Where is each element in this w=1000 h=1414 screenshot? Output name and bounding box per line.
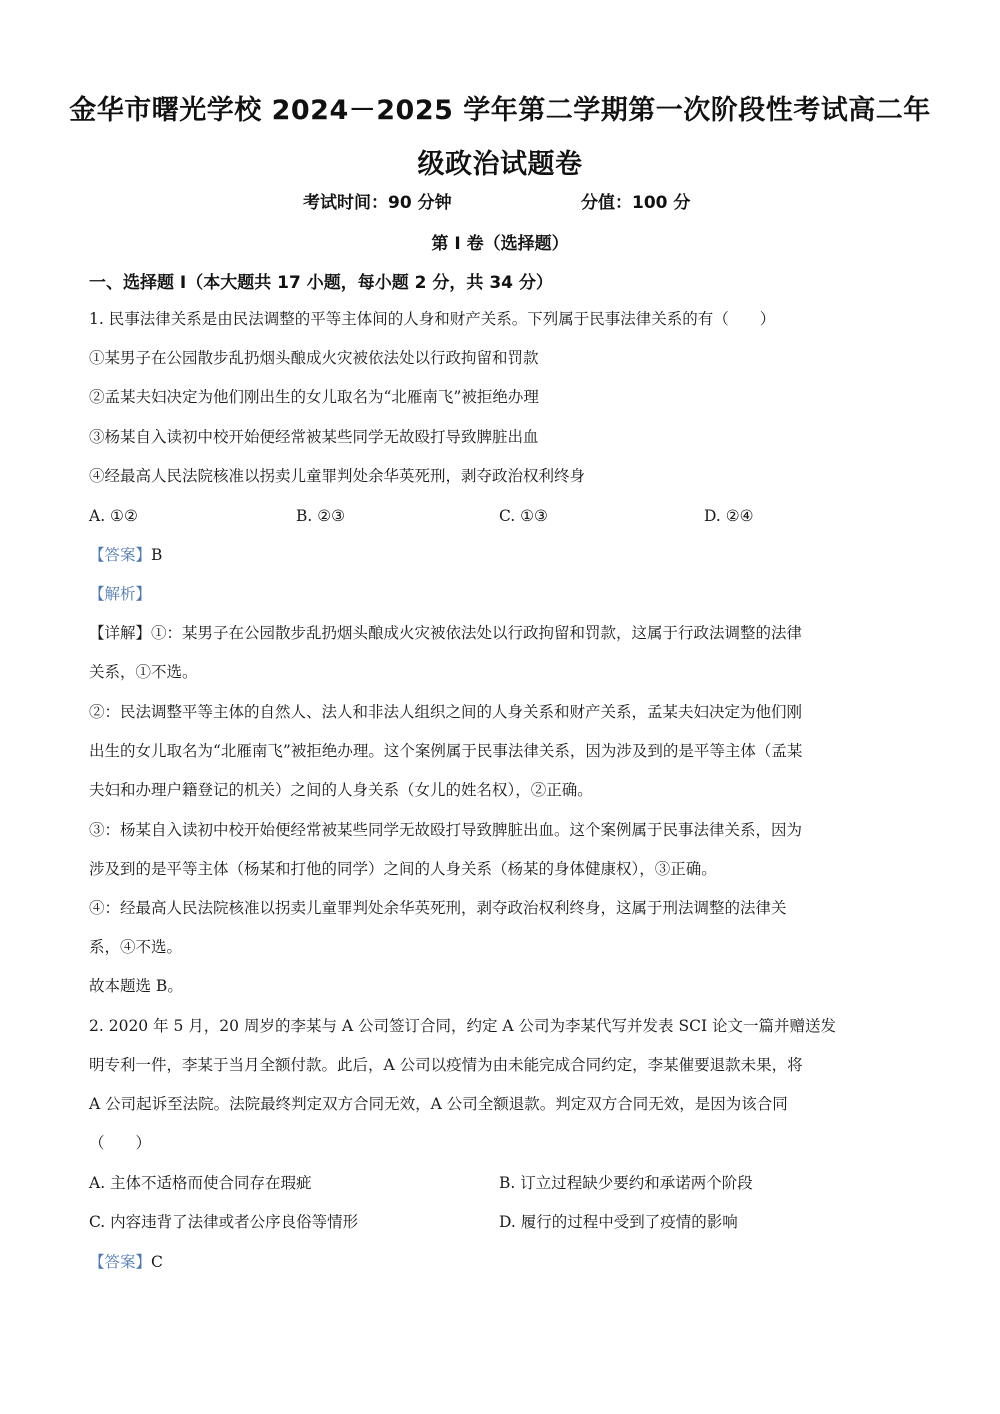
- question-1-answer: 【答案】B: [89, 545, 162, 565]
- question-1-option-b: B. ②③: [296, 506, 345, 526]
- question-1-detail-line-3: ②：民法调整平等主体的自然人、法人和非法人组织之间的人身关系和财产关系，孟某夫妇…: [89, 702, 802, 722]
- question-1-analysis-label: 【解析】: [89, 584, 151, 604]
- exam-score: 分值：100 分: [581, 188, 690, 213]
- question-1-detail-line-4: 出生的女儿取名为“北雁南飞”被拒绝办理。这个案例属于民事法律关系，因为涉及到的是…: [89, 741, 802, 761]
- question-1-statement-3: ③杨某自入读初中校开始便经常被某些同学无故殴打导致脾脏出血: [89, 427, 539, 447]
- question-2-stem-line-3: A 公司起诉至法院。法院最终判定双方合同无效，A 公司全额退款。判定双方合同无效…: [89, 1094, 788, 1114]
- answer-value: C: [151, 1253, 163, 1271]
- question-1-detail-line-6: ③：杨某自入读初中校开始便经常被某些同学无故殴打导致脾脏出血。这个案例属于民事法…: [89, 820, 802, 840]
- question-2-stem-blank: （ ）: [89, 1133, 151, 1153]
- question-2-option-c: C. 内容违背了法律或者公序良俗等情形: [89, 1212, 358, 1232]
- question-2-stem-line-1: 2. 2020 年 5 月，20 周岁的李某与 A 公司签订合同，约定 A 公司…: [89, 1016, 836, 1036]
- question-1-detail-line-1: 【详解】①：某男子在公园散步乱扔烟头酿成火灾被依法处以行政拘留和罚款，这属于行政…: [89, 623, 802, 643]
- question-1-conclusion: 故本题选 B。: [89, 976, 183, 996]
- question-1-stem: 1. 民事法律关系是由民法调整的平等主体间的人身和财产关系。下列属于民事法律关系…: [89, 309, 775, 329]
- question-1-option-d: D. ②④: [704, 506, 754, 526]
- question-1-option-a: A. ①②: [89, 506, 138, 526]
- exam-time: 考试时间：90 分钟: [303, 188, 452, 213]
- section-title: 一、选择题 I（本大题共 17 小题，每小题 2 分，共 34 分）: [89, 268, 553, 293]
- question-2-option-d: D. 履行的过程中受到了疫情的影响: [499, 1212, 738, 1232]
- question-1-option-c: C. ①③: [499, 506, 548, 526]
- exam-title-line-2: 级政治试题卷: [0, 142, 1000, 181]
- question-1-detail-line-9: 系，④不选。: [89, 937, 182, 957]
- volume-title: 第 I 卷（选择题）: [0, 229, 1000, 254]
- question-2-option-a: A. 主体不适格而使合同存在瑕疵: [89, 1173, 312, 1193]
- exam-page: 金华市曙光学校 2024－2025 学年第二学期第一次阶段性考试高二年 级政治试…: [0, 0, 1000, 1414]
- exam-title-line-1: 金华市曙光学校 2024－2025 学年第二学期第一次阶段性考试高二年: [0, 88, 1000, 127]
- question-1-detail-line-7: 涉及到的是平等主体（杨某和打他的同学）之间的人身关系（杨某的身体健康权），③正确…: [89, 859, 717, 879]
- question-2-answer: 【答案】C: [89, 1252, 163, 1272]
- answer-label: 【答案】: [89, 1253, 151, 1271]
- answer-label: 【答案】: [89, 546, 151, 564]
- question-1-detail-line-8: ④：经最高人民法院核准以拐卖儿童罪判处余华英死刑，剥夺政治权利终身，这属于刑法调…: [89, 898, 787, 918]
- question-2-option-b: B. 订立过程缺少要约和承诺两个阶段: [499, 1173, 753, 1193]
- question-1-detail-line-5: 夫妇和办理户籍登记的机关）之间的人身关系（女儿的姓名权），②正确。: [89, 780, 593, 800]
- answer-value: B: [151, 546, 162, 564]
- question-1-detail-line-2: 关系，①不选。: [89, 662, 198, 682]
- question-1-statement-1: ①某男子在公园散步乱扔烟头酿成火灾被依法处以行政拘留和罚款: [89, 348, 539, 368]
- question-1-statement-2: ②孟某夫妇决定为他们刚出生的女儿取名为“北雁南飞”被拒绝办理: [89, 387, 539, 407]
- question-2-stem-line-2: 明专利一件，李某于当月全额付款。此后，A 公司以疫情为由未能完成合同约定，李某催…: [89, 1055, 803, 1075]
- question-1-statement-4: ④经最高人民法院核准以拐卖儿童罪判处余华英死刑，剥夺政治权利终身: [89, 466, 585, 486]
